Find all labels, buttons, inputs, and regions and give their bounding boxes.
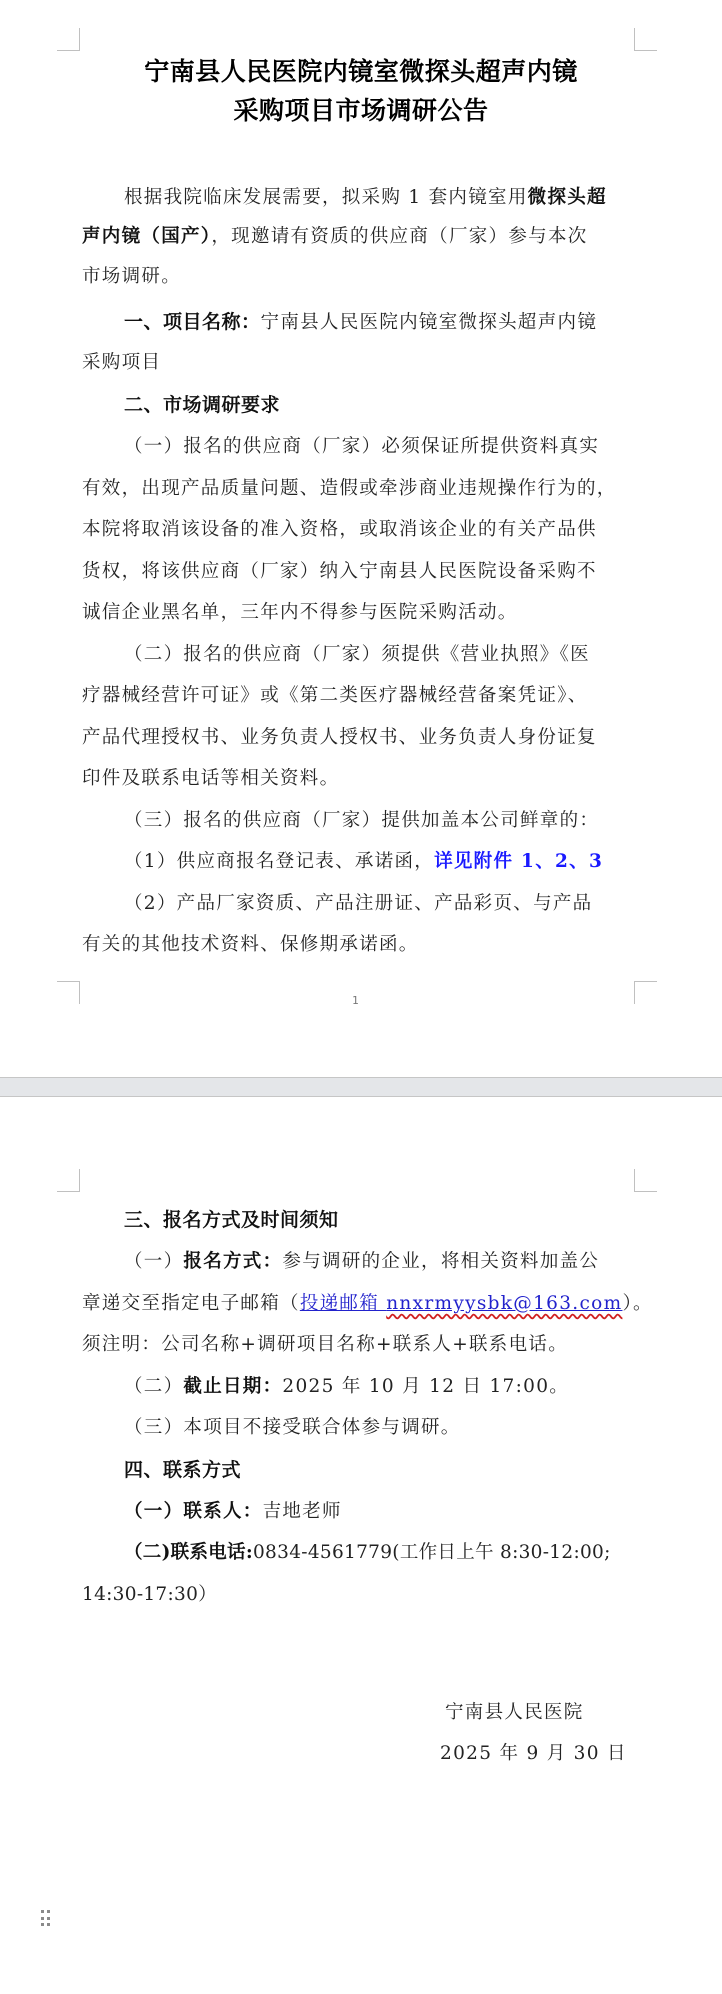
contact-name: 吉地老师 (263, 1501, 342, 1522)
section4-contact: （一）联系人：吉地老师 (124, 1500, 342, 1524)
intro-line-3: 市场调研。 (82, 265, 181, 289)
intro-text: ，现邀请有资质的供应商（厂家）参与本次 (211, 226, 587, 247)
section3-item1-line-3: 须注明：公司名称+调研项目名称+联系人+联系电话。 (82, 1333, 568, 1357)
section2-sub2-line: 有关的其他技术资料、保修期承诺函。 (82, 933, 419, 957)
email-address[interactable]: nnxrmyysbk@163.com (386, 1293, 622, 1314)
section3-item1-line-1: （一）报名方式：参与调研的企业，将相关资料加盖公 (124, 1250, 599, 1274)
deadline-value: 2025 年 10 月 12 日 17:00。 (282, 1376, 569, 1397)
drag-handle-icon[interactable] (41, 1910, 50, 1927)
section2-item2-line: 产品代理授权书、业务负责人授权书、业务负责人身份证复 (82, 726, 597, 750)
section1-text: 宁南县人民医院内镜室微探头超声内镜 (261, 312, 598, 333)
section3-heading: 三、报名方式及时间须知 (124, 1208, 339, 1232)
contact-label: （一）联系人： (124, 1501, 263, 1522)
section2-sub1: （1）供应商报名登记表、承诺函，详见附件 1、2、3 (124, 850, 603, 874)
item-label: 截止日期： (183, 1376, 282, 1397)
section4-phone-line-2: 14:30-17:30） (82, 1583, 217, 1607)
page-number: 1 (352, 994, 359, 1007)
item-text: ）。 (622, 1293, 652, 1314)
section2-item1-line: 货权，将该供应商（厂家）纳入宁南县人民医院设备采购不 (82, 560, 597, 584)
section2-heading: 二、市场调研要求 (124, 393, 280, 417)
item-label: 报名方式： (183, 1251, 282, 1272)
section4-phone-line-1: （二)联系电话:0834-4561779(工作日上午 8:30-12:00; (124, 1541, 611, 1565)
section2-item2-line: （二）报名的供应商（厂家）须提供《营业执照》《医 (124, 643, 590, 667)
margin-corner-mark (57, 981, 80, 1004)
document-title-line-1: 宁南县人民医院内镜室微探头超声内镜 (0, 56, 722, 88)
margin-corner-mark (634, 1169, 657, 1192)
margin-corner-mark (57, 1169, 80, 1192)
email-link-label[interactable]: 投递邮箱 (300, 1293, 386, 1314)
section3-item2: （二）截止日期：2025 年 10 月 12 日 17:00。 (124, 1375, 569, 1399)
section3-item3: （三）本项目不接受联合体参与调研。 (124, 1416, 461, 1440)
item-text: 章递交至指定电子邮箱（ (82, 1293, 300, 1314)
phone-label: （二)联系电话: (124, 1542, 253, 1563)
sub1-text: （1）供应商报名登记表、承诺函， (124, 851, 434, 872)
item-text: 参与调研的企业，将相关资料加盖公 (282, 1251, 599, 1272)
intro-bold-product: 声内镜（国产） (82, 226, 211, 247)
section2-item1-line: 诚信企业黑名单，三年内不得参与医院采购活动。 (82, 601, 518, 625)
section1-heading: 一、项目名称： (124, 311, 261, 333)
margin-corner-mark (634, 981, 657, 1004)
signature-date: 2025 年 9 月 30 日 (440, 1742, 627, 1766)
intro-line-1: 根据我院临床发展需要，拟采购 1 套内镜室用微探头超 (124, 186, 607, 210)
signature-org: 宁南县人民医院 (445, 1701, 584, 1725)
section4-heading: 四、联系方式 (124, 1458, 241, 1482)
item-prefix: （二） (124, 1376, 183, 1397)
section2-item2-line: 印件及联系电话等相关资料。 (82, 767, 339, 791)
section2-item3: （三）报名的供应商（厂家）提供加盖本公司鲜章的： (124, 809, 599, 833)
document-title-line-2: 采购项目市场调研公告 (0, 95, 722, 127)
section1-line-1: 一、项目名称：宁南县人民医院内镜室微探头超声内镜 (124, 310, 597, 335)
page-separator (0, 1077, 722, 1097)
section1-line-2: 采购项目 (82, 351, 161, 375)
section2-sub2-line: （2）产品厂家资质、产品注册证、产品彩页、与产品 (124, 892, 592, 916)
item-prefix: （一） (124, 1251, 183, 1272)
section3-item1-line-2: 章递交至指定电子邮箱（投递邮箱 nnxrmyysbk@163.com）。 (82, 1292, 653, 1316)
intro-bold-product: 微探头超 (528, 187, 607, 208)
margin-corner-mark (634, 28, 657, 51)
intro-text: 根据我院临床发展需要，拟采购 1 套内镜室用 (124, 187, 528, 208)
margin-corner-mark (57, 28, 80, 51)
section2-item1-line: 本院将取消该设备的准入资格，或取消该企业的有关产品供 (82, 518, 597, 542)
email-link[interactable]: 投递邮箱 nnxrmyysbk@163.com (300, 1293, 623, 1314)
section2-item2-line: 疗器械经营许可证》或《第二类医疗器械经营备案凭证》、 (82, 684, 588, 708)
section2-item1-line: 有效，出现产品质量问题、造假或牵涉商业违规操作行为的， (82, 477, 617, 501)
phone-value: 0834-4561779(工作日上午 8:30-12:00; (253, 1542, 611, 1563)
section2-item1-line: （一）报名的供应商（厂家）必须保证所提供资料真实 (124, 435, 599, 459)
document-page-1: 宁南县人民医院内镜室微探头超声内镜 采购项目市场调研公告 根据我院临床发展需要，… (0, 0, 722, 1077)
intro-line-2: 声内镜（国产），现邀请有资质的供应商（厂家）参与本次 (82, 225, 588, 249)
attachment-reference: 详见附件 1、2、3 (434, 851, 603, 872)
document-page-2: 三、报名方式及时间须知 （一）报名方式：参与调研的企业，将相关资料加盖公 章递交… (0, 1097, 722, 1994)
